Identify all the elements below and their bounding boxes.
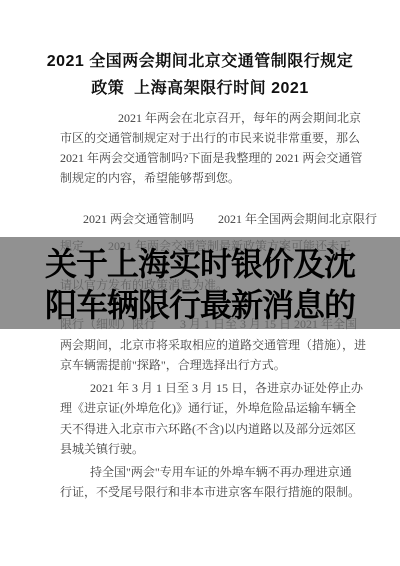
article-title-line2: 政策 上海高架限行时间 2021 bbox=[0, 75, 400, 98]
section-heading-row: 2021 两会交通管制吗 2021 年全国两会期间北京限行 bbox=[83, 212, 377, 226]
body-p1-line-2: 京车辆需提前"探路"，合理选择出行方式。 bbox=[60, 358, 286, 372]
article-page: 2021 全国两会期间北京交通管制限行规定 政策 上海高架限行时间 2021 2… bbox=[0, 0, 400, 566]
body-p3-line-2: 行证，不受尾号限行和非本市进京客车限行措施的限制。 bbox=[60, 485, 360, 499]
body-p1-line-1: 两会期间，北京市将采取相应的道路交通管理（措施），进 bbox=[60, 338, 366, 352]
body-p2-line-1: 2021 年 3 月 1 日至 3 月 15 日，各进京办证处停止办 bbox=[90, 381, 363, 395]
article-title-line1: 2021 全国两会期间北京交通管制限行规定 bbox=[0, 48, 400, 71]
body-p2-line-3: 天不得进入北京市六环路(不含)以内道路以及部分远郊区 bbox=[60, 422, 356, 436]
intro-line-4: 制规定的内容，希望能够帮到您。 bbox=[60, 171, 240, 185]
body-p2-line-4: 县城关镇行驶。 bbox=[60, 442, 144, 456]
intro-line-1: 2021 年两会在北京召开，每年的两会期间北京 bbox=[118, 111, 361, 125]
watermark-text-line2: 阳车辆限行最新消息的 bbox=[0, 285, 400, 325]
intro-line-2: 市区的交通管制规定对于出行的市民来说非常重要，那么 bbox=[60, 131, 360, 145]
body-p2-line-2: 理《进京证(外埠危化)》通行证，外埠危险品运输车辆全 bbox=[60, 401, 356, 415]
watermark-text-line1: 关于上海实时银价及沈 bbox=[0, 244, 400, 284]
intro-line-3: 2021 年两会交通管制吗?下面是我整理的 2021 两会交通管 bbox=[60, 151, 362, 165]
body-p3-line-1: 持全国"两会"专用车证的外埠车辆不再办理进京通 bbox=[90, 465, 352, 479]
